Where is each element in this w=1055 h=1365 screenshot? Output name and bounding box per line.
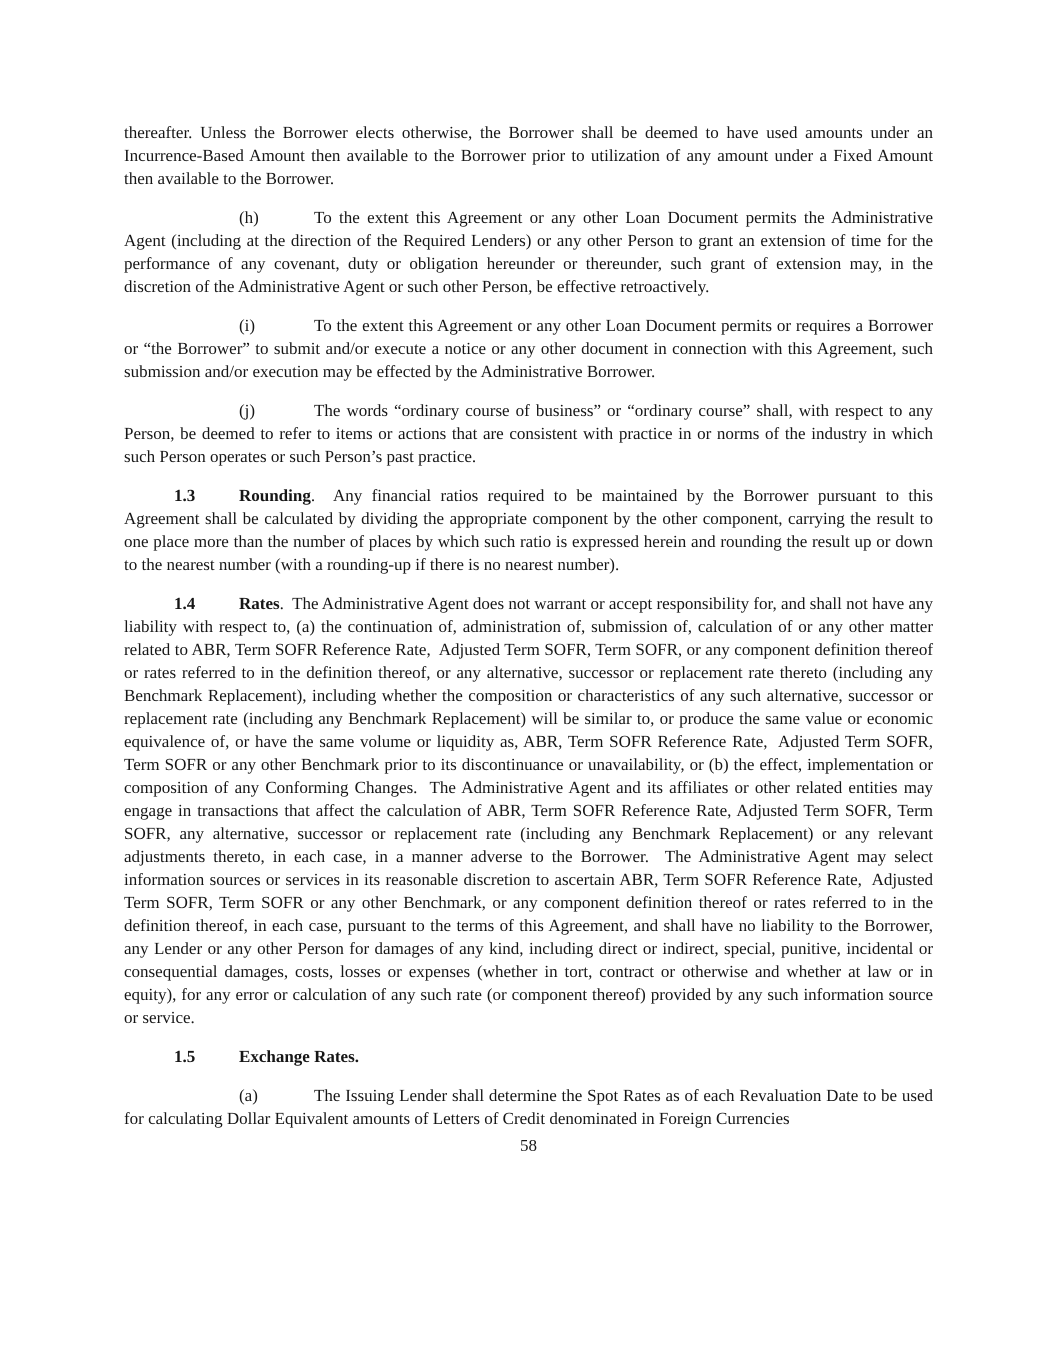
paragraph-label: (h) <box>239 206 314 229</box>
paragraph-label: 1.5 <box>174 1045 239 1068</box>
paragraph-15: 1.5Exchange Rates. <box>124 1045 933 1068</box>
paragraph-a: (a)The Issuing Lender shall determine th… <box>124 1084 933 1130</box>
paragraph-13: 1.3Rounding. Any financial ratios requir… <box>124 484 933 576</box>
section-heading: Rates <box>239 594 280 613</box>
paragraph-label: 1.3 <box>174 484 239 507</box>
paragraph-h: (h)To the extent this Agreement or any o… <box>124 206 933 298</box>
paragraph-label: (i) <box>239 314 314 337</box>
paragraph-label: (a) <box>239 1084 314 1107</box>
paragraph-label: (j) <box>239 399 314 422</box>
section-heading: Rounding <box>239 486 311 505</box>
paragraph-14: 1.4Rates. The Administrative Agent does … <box>124 592 933 1029</box>
page-number: 58 <box>124 1134 933 1157</box>
paragraph: thereafter. Unless the Borrower elects o… <box>124 121 933 190</box>
paragraph-label: 1.4 <box>174 592 239 615</box>
paragraph-j: (j)The words “ordinary course of busines… <box>124 399 933 468</box>
section-heading: Exchange Rates. <box>239 1047 359 1066</box>
document-page: thereafter. Unless the Borrower elects o… <box>0 0 1055 1365</box>
paragraph-i: (i)To the extent this Agreement or any o… <box>124 314 933 383</box>
document-body: thereafter. Unless the Borrower elects o… <box>124 121 933 1130</box>
